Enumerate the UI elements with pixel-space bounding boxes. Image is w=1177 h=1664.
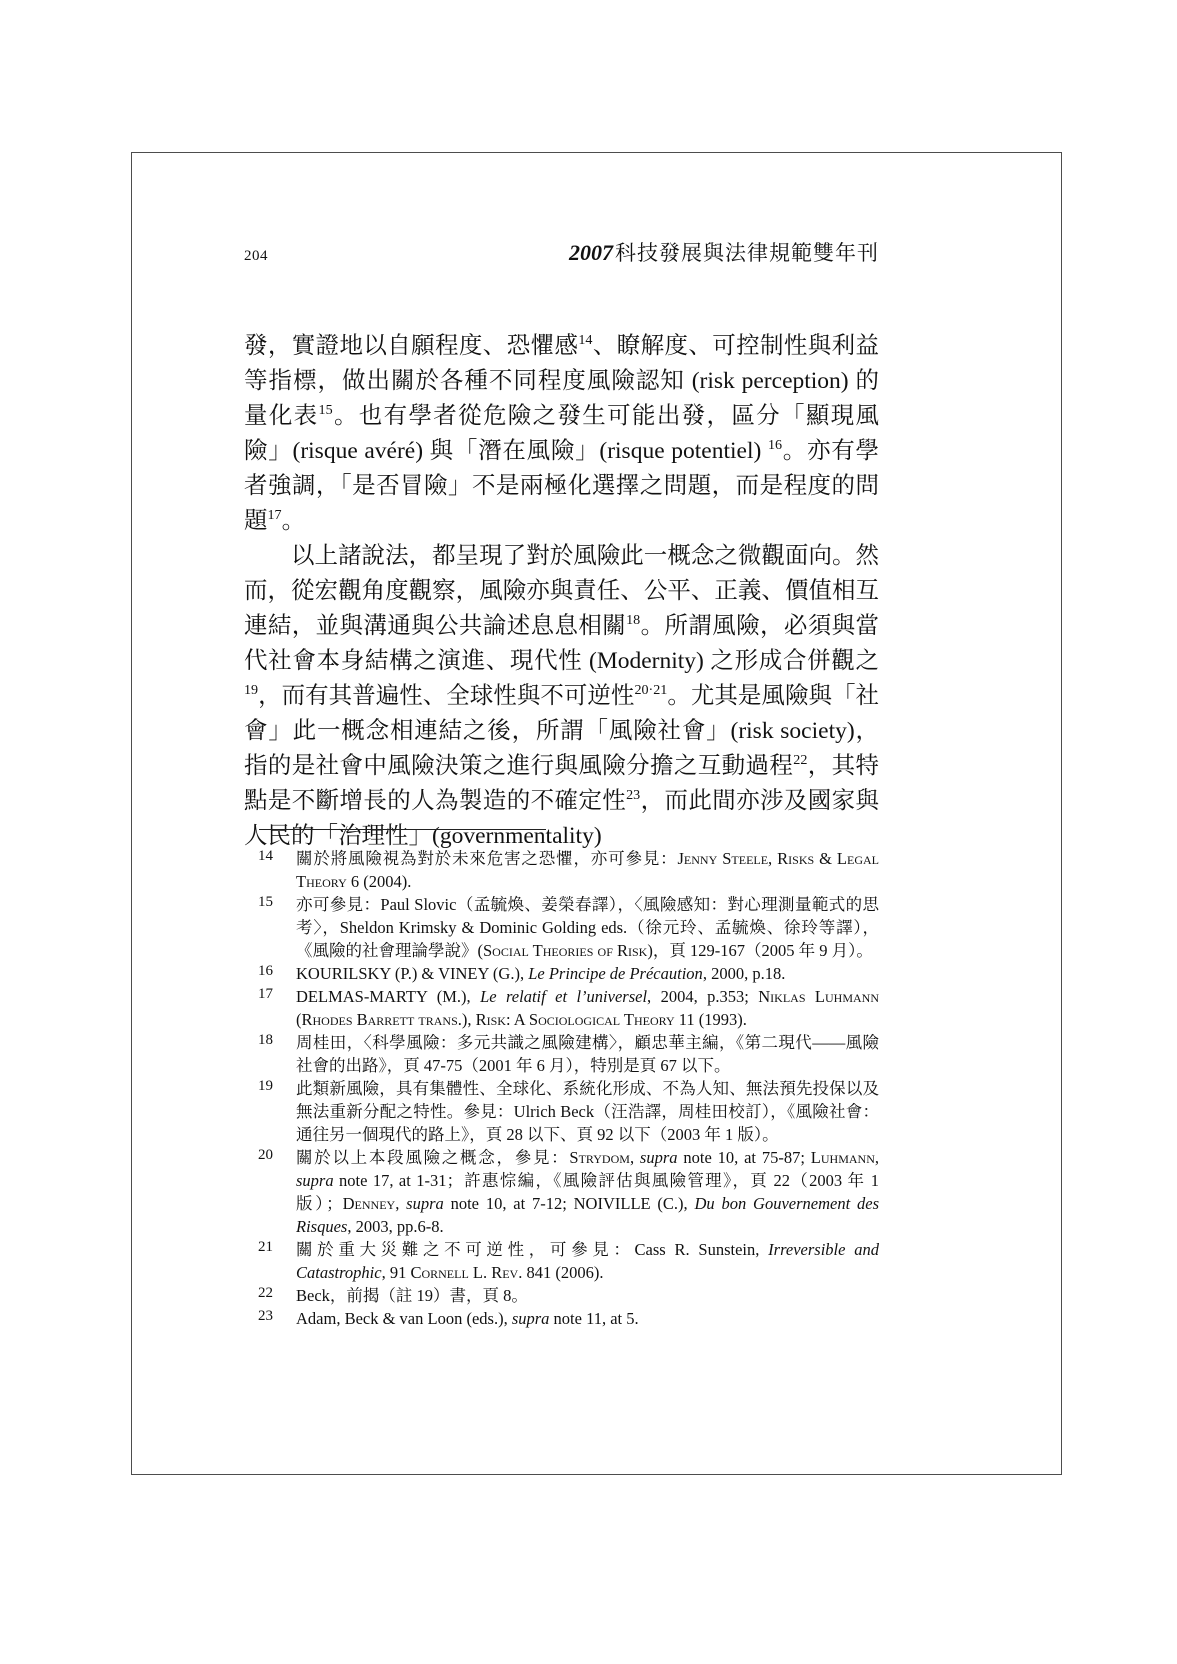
footnote-item: 19此類新風險，具有集體性、全球化、系統化形成、不為人知、無法預先投保以及無法重… — [244, 1077, 879, 1146]
footnote-number: 17 — [258, 983, 273, 1006]
paragraph: 發，實證地以自願程度、恐懼感14、瞭解度、可控制性與利益等指標，做出關於各種不同… — [244, 329, 879, 539]
footnote-text: 亦可參見：Paul Slovic（孟毓煥、姜榮春譯），〈風險感知：對心理測量範式… — [296, 895, 879, 960]
text-run: 周桂田，〈科學風險：多元共識之風險建構〉，顧忠華主編，《第二現代——風險社會的出… — [296, 1033, 879, 1075]
text-run: ，而有其普遍性、全球性與不可逆性 — [258, 683, 634, 709]
footnote-item: 23Adam, Beck & van Loon (eds.), supra no… — [244, 1307, 879, 1330]
footnote-ref: 15 — [319, 402, 333, 418]
footnote-number: 23 — [258, 1305, 273, 1328]
text-run: Le relatif et l’universel — [480, 987, 647, 1006]
text-run: )，頁 129-167（2005 年 9 月）。 — [647, 941, 873, 960]
text-run: supra — [406, 1194, 444, 1213]
footnote-ref: 19 — [244, 682, 258, 698]
footnote-ref: 23 — [626, 787, 640, 803]
text-run: DELMAS-MARTY (M.), — [296, 987, 480, 1006]
text-run: 6 (2004). — [347, 872, 412, 891]
page-header: 204 2007科技發展與法律規範雙年刊 — [244, 237, 879, 267]
text-run: 關於重大災難之不可逆性，可參見：Cass R. Sunstein, — [296, 1240, 768, 1259]
journal-title-year: 2007 — [569, 240, 613, 265]
text-run: , — [630, 1148, 640, 1167]
footnote-ref: 16 — [768, 437, 782, 453]
text-run: 發，實證地以自願程度、恐懼感 — [244, 333, 578, 359]
text-run: Strydom — [569, 1148, 630, 1167]
body-text: 發，實證地以自願程度、恐懼感14、瞭解度、可控制性與利益等指標，做出關於各種不同… — [244, 329, 879, 854]
footnote-ref: 17 — [268, 507, 282, 523]
text-run: , 91 — [382, 1263, 411, 1282]
footnote-ref: 20·21 — [634, 682, 667, 698]
footnotes-section: 14關於將風險視為對於未來危害之恐懼，亦可參見：Jenny Steele, Ri… — [244, 847, 879, 1330]
footnote-number: 19 — [258, 1075, 273, 1098]
footnote-text: 關於以上本段風險之概念，參見：Strydom, supra note 10, a… — [296, 1148, 879, 1236]
footnote-number: 18 — [258, 1029, 273, 1052]
text-run: Beck，前揭（註 19）書，頁 8。 — [296, 1286, 528, 1305]
footnote-ref: 14 — [578, 332, 592, 348]
footnote-item: 17DELMAS-MARTY (M.), Le relatif et l’uni… — [244, 985, 879, 1031]
footnote-ref: 18 — [626, 612, 640, 628]
footnote-number: 14 — [258, 845, 273, 868]
text-run: KOURILSKY (P.) & VINEY (G.), — [296, 964, 528, 983]
text-run: supra — [296, 1171, 334, 1190]
page-number: 204 — [244, 248, 268, 265]
text-run: , 2004, p.353; — [647, 987, 758, 1006]
text-run: Adam, Beck & van Loon (eds.), — [296, 1309, 512, 1328]
footnote-number: 21 — [258, 1236, 273, 1259]
footnote-text: 此類新風險，具有集體性、全球化、系統化形成、不為人知、無法預先投保以及無法重新分… — [296, 1079, 879, 1144]
text-run: 841 (2006). — [522, 1263, 603, 1282]
text-run: 關於以上本段風險之概念，參見： — [296, 1148, 569, 1167]
text-run: Le Principe de Précaution — [528, 964, 703, 983]
footnote-text: 關於重大災難之不可逆性，可參見：Cass R. Sunstein, Irreve… — [296, 1240, 879, 1282]
text-run: 。 — [282, 508, 306, 534]
footnote-item: 21關於重大災難之不可逆性，可參見：Cass R. Sunstein, Irre… — [244, 1238, 879, 1284]
text-run: Luhmann — [811, 1148, 875, 1167]
text-run: note 10, at 75-87; — [678, 1148, 811, 1167]
footnote-text: Adam, Beck & van Loon (eds.), supra note… — [296, 1309, 639, 1328]
footnote-number: 20 — [258, 1144, 273, 1167]
footnote-text: Beck，前揭（註 19）書，頁 8。 — [296, 1286, 528, 1305]
document-page: 204 2007科技發展與法律規範雙年刊 發，實證地以自願程度、恐懼感14、瞭解… — [0, 0, 1177, 1664]
text-run: 關於將風險視為對於未來危害之恐懼，亦可參見： — [296, 849, 678, 868]
page-border-box: 204 2007科技發展與法律規範雙年刊 發，實證地以自願程度、恐懼感14、瞭解… — [131, 152, 1062, 1475]
text-run: Social Theories of Risk — [483, 941, 647, 960]
footnote-number: 15 — [258, 891, 273, 914]
footnote-ref: 22 — [793, 752, 807, 768]
text-run: note 11, at 5. — [549, 1309, 638, 1328]
footnote-number: 22 — [258, 1282, 273, 1305]
text-run: , — [875, 1148, 879, 1167]
text-run: supra — [640, 1148, 678, 1167]
text-run: , 2003, pp.6-8. — [347, 1217, 443, 1236]
footnote-item: 20關於以上本段風險之概念，參見：Strydom, supra note 10,… — [244, 1146, 879, 1238]
footnote-item: 22Beck，前揭（註 19）書，頁 8。 — [244, 1284, 879, 1307]
footnote-item: 16KOURILSKY (P.) & VINEY (G.), Le Princi… — [244, 962, 879, 985]
footnote-text: DELMAS-MARTY (M.), Le relatif et l’unive… — [296, 987, 879, 1029]
footnote-separator — [259, 829, 546, 830]
footnote-number: 16 — [258, 960, 273, 983]
text-run: note 10, at 7-12; NOIVILLE (C.), — [444, 1194, 695, 1213]
journal-title: 2007科技發展與法律規範雙年刊 — [569, 237, 879, 267]
text-run: Cornell L. Rev. — [410, 1263, 522, 1282]
paragraph: 以上諸說法，都呈現了對於風險此一概念之微觀面向。然而，從宏觀角度觀察，風險亦與責… — [244, 539, 879, 854]
journal-title-text: 科技發展與法律規範雙年刊 — [615, 241, 879, 265]
footnote-text: 關於將風險視為對於未來危害之恐懼，亦可參見：Jenny Steele, Risk… — [296, 849, 879, 891]
footnote-item: 18周桂田，〈科學風險：多元共識之風險建構〉，顧忠華主編，《第二現代——風險社會… — [244, 1031, 879, 1077]
text-run: , 2000, p.18. — [703, 964, 786, 983]
text-run: 11 (1993). — [675, 1010, 747, 1029]
footnote-text: 周桂田，〈科學風險：多元共識之風險建構〉，顧忠華主編，《第二現代——風險社會的出… — [296, 1033, 879, 1075]
footnote-text: KOURILSKY (P.) & VINEY (G.), Le Principe… — [296, 964, 785, 983]
text-run: 此類新風險，具有集體性、全球化、系統化形成、不為人知、無法預先投保以及無法重新分… — [296, 1079, 879, 1144]
text-run: Denney — [343, 1194, 396, 1213]
footnote-item: 14關於將風險視為對於未來危害之恐懼，亦可參見：Jenny Steele, Ri… — [244, 847, 879, 893]
text-run: , — [395, 1194, 406, 1213]
footnote-item: 15亦可參見：Paul Slovic（孟毓煥、姜榮春譯），〈風險感知：對心理測量… — [244, 893, 879, 962]
text-run: supra — [512, 1309, 550, 1328]
